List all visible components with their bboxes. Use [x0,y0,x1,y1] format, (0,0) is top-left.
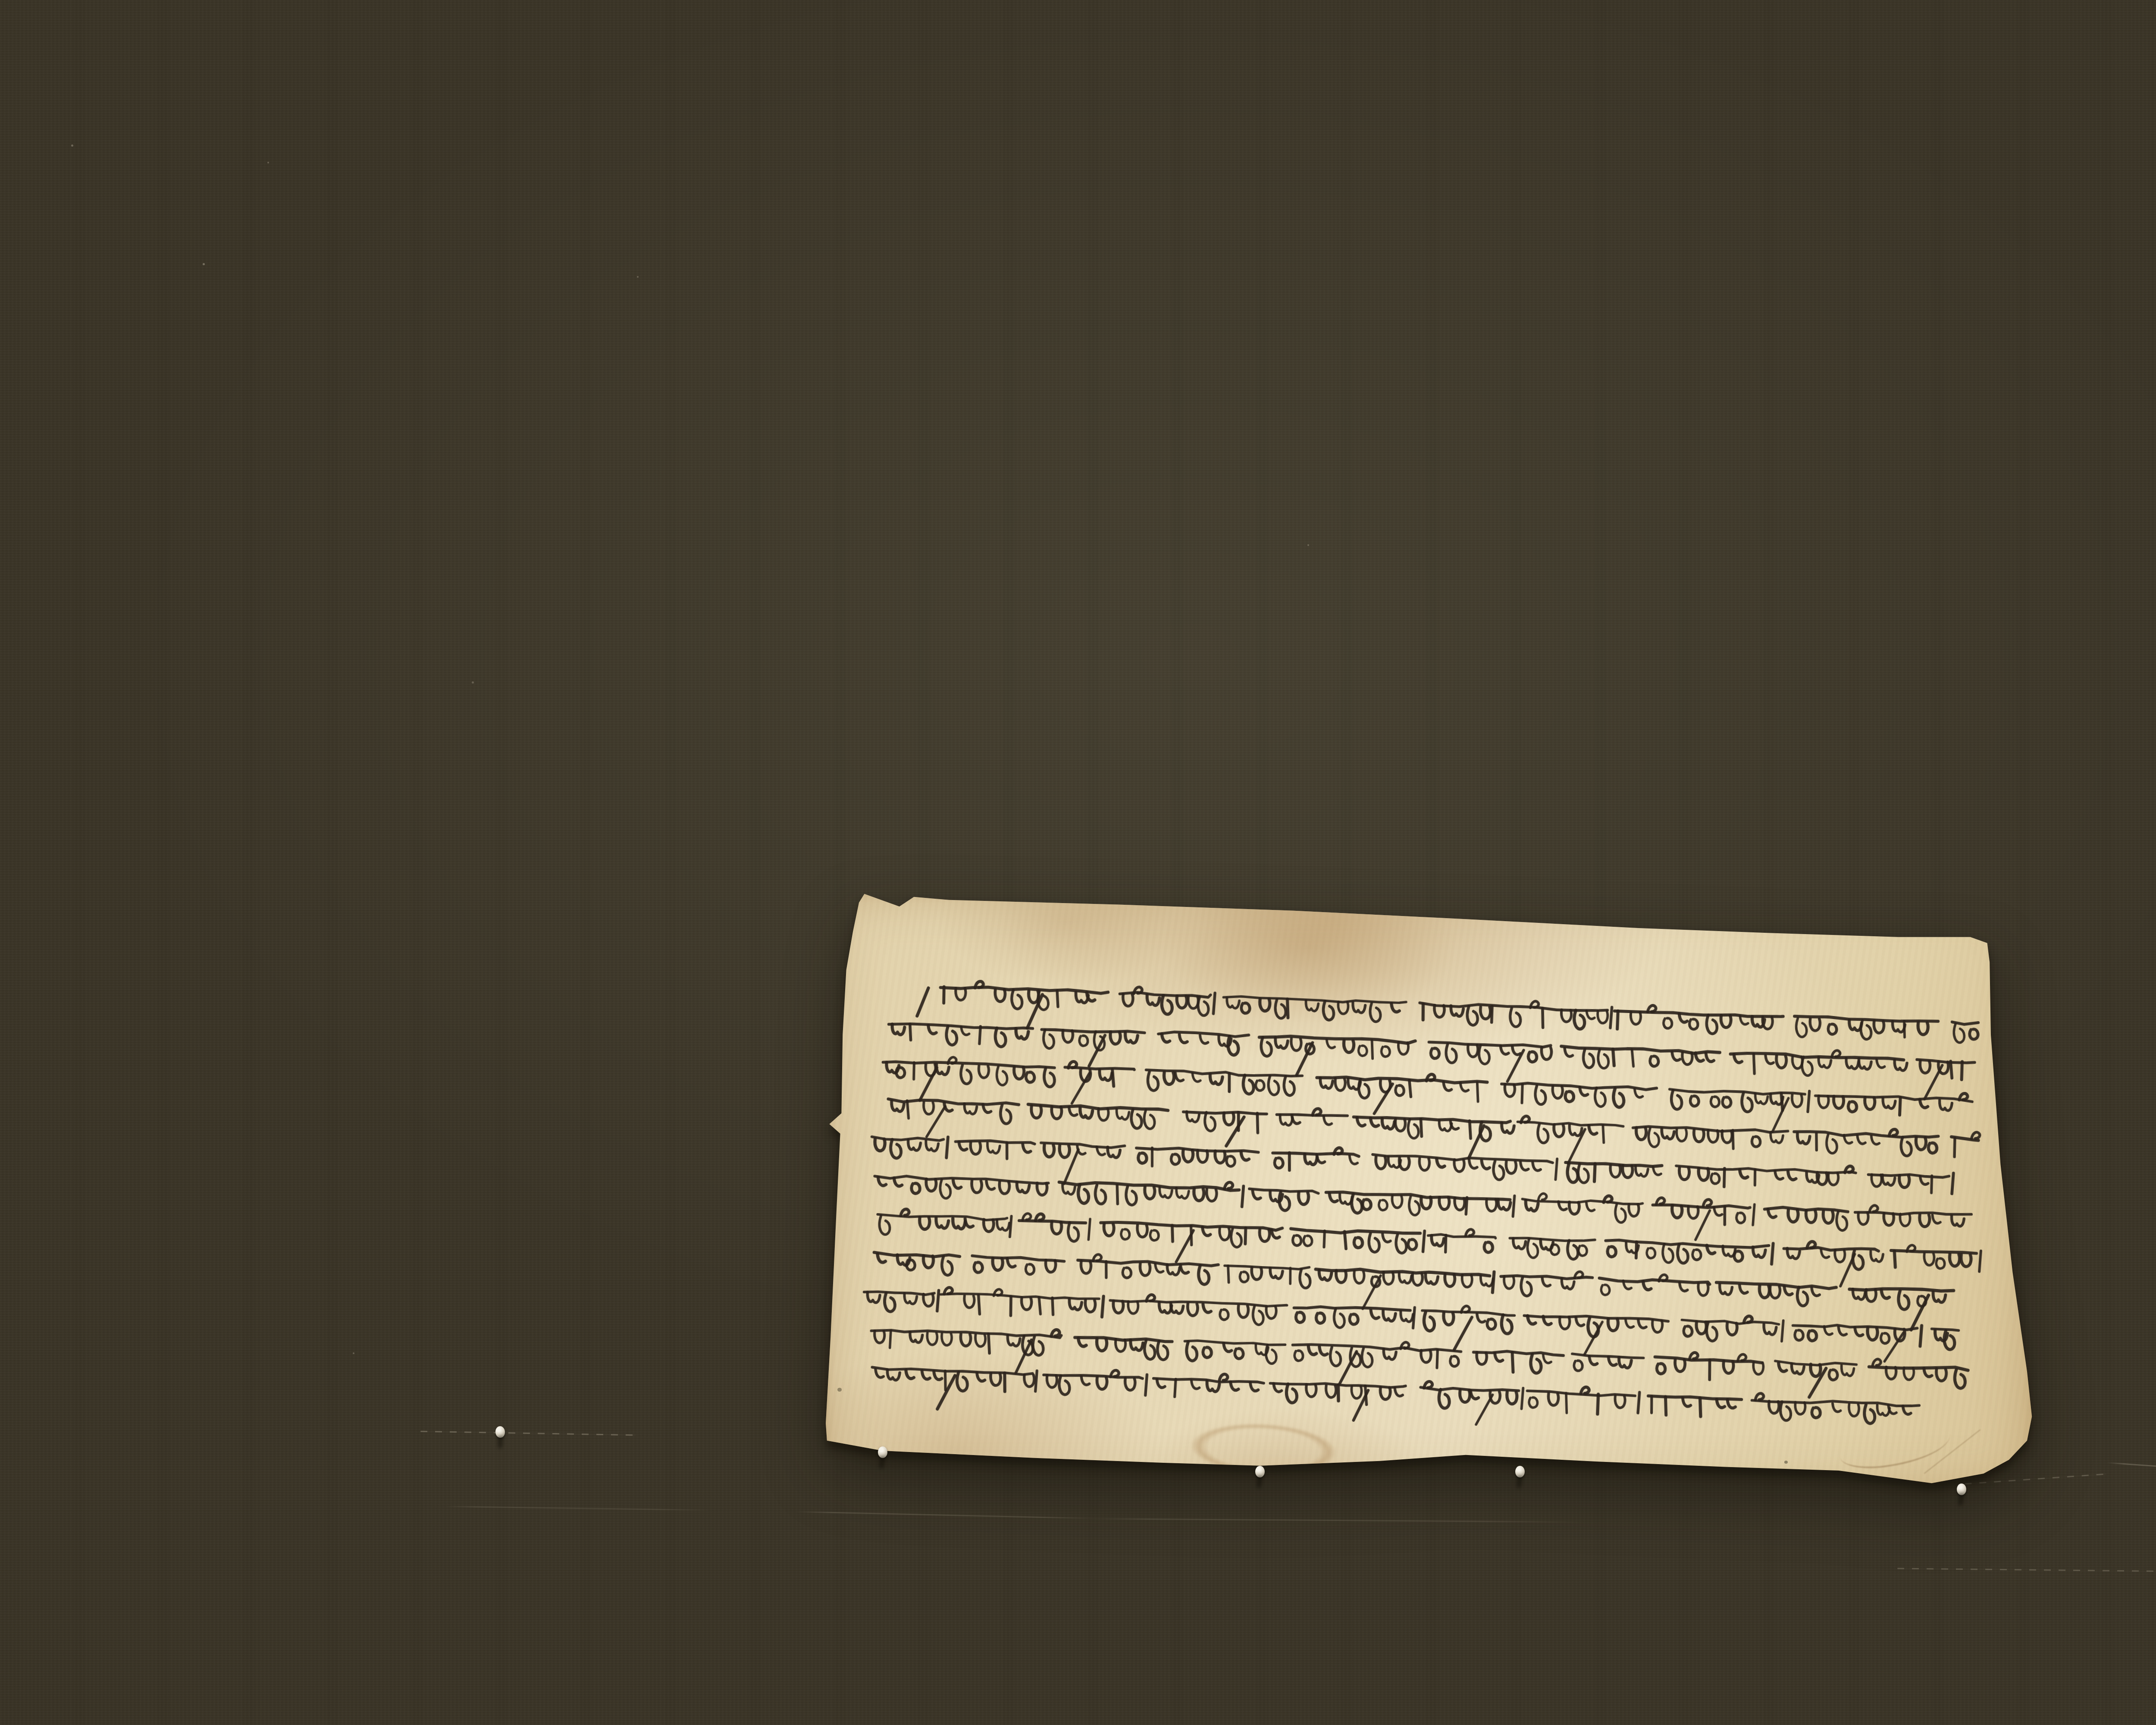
scratch-mark [796,1511,1102,1519]
paper-sheet: । মন্ধুর্শশ্চন্দ্রগ্রহণ মেব্বা। অষ্টম্যা… [826,893,2033,1492]
manuscript-page: । মন্ধুর্শশ্চন্দ্রগ্রহণ মেব্বা। অষ্টম্যা… [826,893,2033,1492]
push-pin [1515,1466,1525,1477]
paper-speck [837,1388,842,1392]
scratch-mark [1897,1568,2156,1573]
push-pin [495,1426,505,1438]
scratch-mark [2107,1462,2156,1473]
dust-speck [1307,544,1309,546]
dust-speck [267,162,269,163]
dust-speck [637,276,639,278]
paper-speck [1784,1461,1788,1464]
manuscript-text-block: । মন্ধুর্শশ্চন্দ্রগ্রহণ মেব্বা। অষ্টম্যা… [867,977,2002,1439]
scratch-mark [420,1431,636,1436]
dust-speck [71,144,73,147]
photo-backdrop: । মন্ধুর্শশ্চন্দ্রগ্রহণ মেব্বা। অষ্টম্যা… [0,0,2156,1725]
scratch-mark [444,1506,711,1511]
scratch-mark [1087,1518,1583,1523]
dust-speck [353,1352,354,1354]
push-pin [878,1446,887,1458]
push-pin [1957,1483,1966,1495]
dust-speck [472,681,474,684]
dust-speck [203,263,205,265]
push-pin [1255,1466,1265,1477]
